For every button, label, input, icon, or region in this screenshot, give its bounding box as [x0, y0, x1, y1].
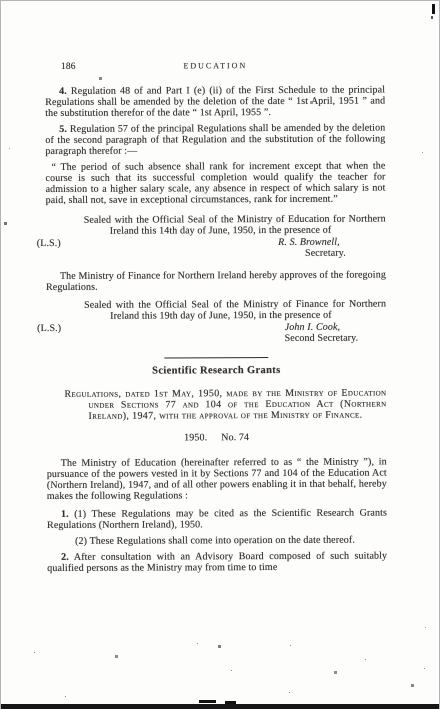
education-seal-clause: Sealed with the Official Seal of the Min… — [46, 214, 386, 237]
scan-bottom-blob — [199, 700, 216, 703]
paragraph-5-number: 5. — [59, 124, 67, 135]
paragraph-4-text: Regulation 48 of and Part I (e) (ii) of … — [45, 85, 385, 119]
section-divider-rule — [164, 357, 268, 358]
regulation-preamble: Regulations, dated 1st May, 1950, made b… — [46, 388, 386, 422]
regulation-1-1-text: (1) These Regulations may be cited as th… — [47, 508, 387, 531]
regulation-1-2: (2) These Regulations shall come into op… — [47, 535, 387, 547]
page-number: 186 — [61, 62, 76, 73]
education-seal-ls: (L.S.) — [37, 238, 61, 249]
page-text-block: 186 EDUCATION 4. Regulation 48 of and Pa… — [45, 60, 387, 579]
paragraph-5: 5. Regulation 57 of the principal Regula… — [45, 123, 385, 157]
regulation-year: 1950. — [184, 432, 207, 443]
quoted-substituted-paragraph: “ The period of such absence shall rank … — [45, 161, 385, 206]
education-signature-name: R. S. Brownell, — [278, 237, 340, 248]
running-header: 186 EDUCATION — [45, 60, 385, 73]
finance-signature-title: Second Secretary. — [46, 333, 386, 345]
regulation-1-1: 1. (1) These Regulations may be cited as… — [47, 508, 387, 531]
scan-corner-mark — [432, 4, 435, 14]
paragraph-5-text: Regulation 57 of the principal Regulatio… — [45, 123, 385, 157]
paragraph-4: 4. Regulation 48 of and Part I (e) (ii) … — [45, 85, 385, 119]
finance-signature-name: John I. Cook, — [285, 322, 340, 333]
regulation-1-number: 1. — [61, 509, 69, 520]
scan-corner-dot — [431, 16, 433, 19]
education-signature-title: Secretary. — [46, 248, 386, 260]
scan-bottom-edge — [1, 704, 440, 709]
section-header-title: EDUCATION — [76, 60, 385, 72]
scanned-document-page: 186 EDUCATION 4. Regulation 48 of and Pa… — [0, 0, 440, 709]
regulation-2-number: 2. — [61, 552, 69, 563]
regulation-2-text: After consultation with an Advisory Boar… — [47, 551, 387, 574]
finance-seal-ls: (L.S.) — [37, 323, 61, 334]
regulation-title: Scientific Research Grants — [46, 365, 386, 377]
opening-paragraph: The Ministry of Education (hereinafter r… — [47, 457, 387, 502]
regulation-2: 2. After consultation with an Advisory B… — [47, 551, 387, 574]
paragraph-4-number: 4. — [59, 86, 67, 97]
regulation-number-line: 1950.No. 74 — [47, 432, 387, 444]
finance-seal-clause: Sealed with the Official Seal of the Min… — [46, 299, 386, 322]
scan-noise-specks — [1, 1, 2, 2]
regulation-number: No. 74 — [221, 432, 249, 443]
finance-approval-paragraph: The Ministry of Finance for Northern Ire… — [46, 270, 386, 293]
